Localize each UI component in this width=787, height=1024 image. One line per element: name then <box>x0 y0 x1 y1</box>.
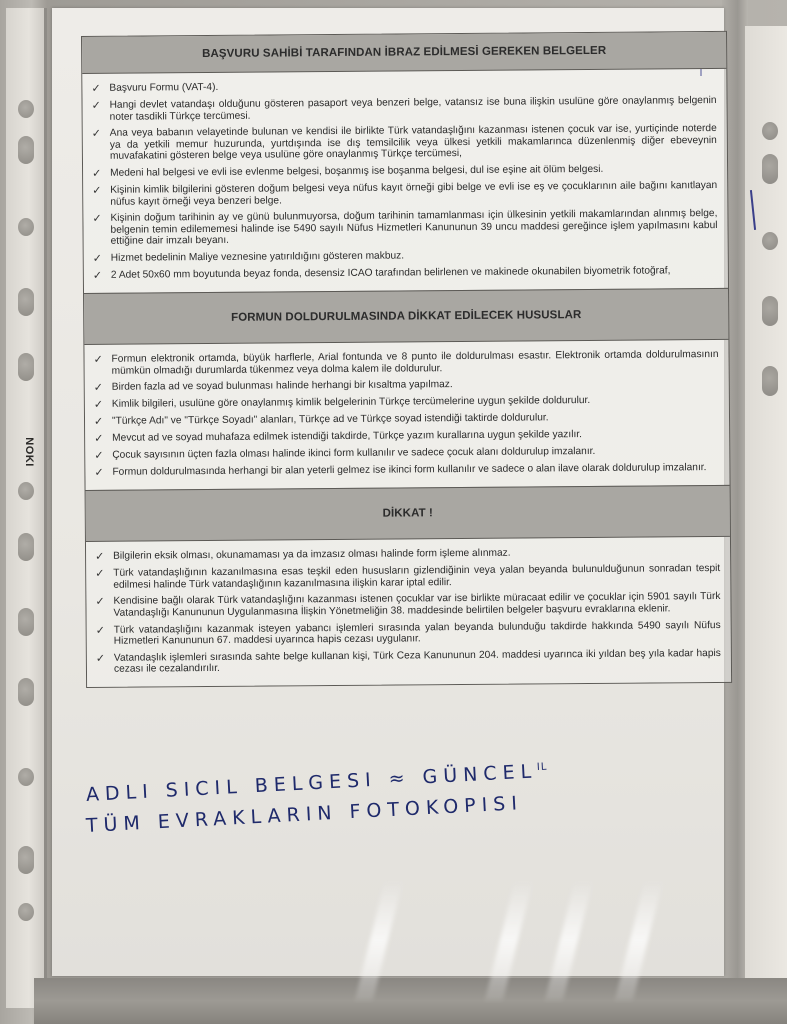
check-icon: ✓ <box>90 354 111 366</box>
list-item-text: Başvuru Formu (VAT-4). <box>109 82 218 94</box>
punch-hole <box>18 353 34 381</box>
section-header-required-documents: BAŞVURU SAHİBİ TARAFINDAN İBRAZ EDİLMESİ… <box>82 32 726 74</box>
punch-hole <box>18 100 34 118</box>
section-header-attention: DİKKAT ! <box>86 485 730 542</box>
list-item: ✓Medeni hal belgesi ve evli ise evlenme … <box>89 163 717 180</box>
punch-hole <box>762 232 778 250</box>
list-item: ✓Formun elektronik ortamda, büyük harfle… <box>90 349 718 377</box>
list-item: ✓"Türkçe Adı" ve "Türkçe Soyadı" alanlar… <box>91 411 719 428</box>
list-item-text: Mevcut ad ve soyad muhafaza edilmek iste… <box>112 429 582 444</box>
check-icon: ✓ <box>93 652 114 664</box>
punch-hole <box>762 296 778 326</box>
list-item-text: Kimlik bilgileri, usulüne göre onaylanmı… <box>112 395 590 410</box>
list-item-text: "Türkçe Adı" ve "Türkçe Soyadı" alanları… <box>112 412 549 427</box>
check-icon: ✓ <box>90 253 111 265</box>
check-icon: ✓ <box>92 551 113 563</box>
check-icon: ✓ <box>89 185 110 197</box>
section-list: ✓Formun elektronik ortamda, büyük harfle… <box>84 340 729 490</box>
list-item-text: Ana veya babanın velayetinde bulunan ve … <box>110 123 717 163</box>
punch-hole <box>18 678 34 706</box>
punch-hole <box>18 533 34 561</box>
list-item-text: 2 Adet 50x60 mm boyutunda beyaz fonda, d… <box>111 265 671 281</box>
sleeve-bottom-seam <box>34 978 787 1024</box>
check-icon: ✓ <box>89 100 110 112</box>
handwritten-superscript: IL <box>537 761 548 773</box>
check-icon: ✓ <box>91 450 112 462</box>
punch-hole <box>18 288 34 316</box>
list-item-text: Hangi devlet vatandaşı olduğunu gösteren… <box>110 95 717 123</box>
list-item-text: Birden fazla ad ve soyad bulunması halin… <box>112 379 453 393</box>
check-icon: ✓ <box>89 168 110 180</box>
punch-hole <box>18 768 34 786</box>
binder-brand-label: NOKI <box>23 437 35 467</box>
list-item: ✓Mevcut ad ve soyad muhafaza edilmek ist… <box>91 428 719 445</box>
list-item-text: Formun elektronik ortamda, büyük harfler… <box>111 349 718 377</box>
list-item-text: Türk vatandaşlığının kazanılmasına esas … <box>113 563 720 591</box>
list-item: ✓Türk vatandaşlığının kazanılmasına esas… <box>92 563 720 591</box>
check-icon: ✓ <box>91 399 112 411</box>
list-item: ✓2 Adet 50x60 mm boyutunda beyaz fonda, … <box>90 265 718 282</box>
list-item: ✓Vatandaşlık işlemleri sırasında sahte b… <box>93 648 721 676</box>
list-item: ✓Başvuru Formu (VAT-4). <box>88 78 716 95</box>
list-item: ✓Ana veya babanın velayetinde bulunan ve… <box>89 123 717 163</box>
list-item-text: Bilgilerin eksik olması, okunamaması ya … <box>113 548 511 563</box>
list-item-text: Türk vatandaşlığını kazanmak isteyen yab… <box>114 619 721 647</box>
check-icon: ✓ <box>93 624 114 636</box>
list-item-text: Vatandaşlık işlemleri sırasında sahte be… <box>114 648 721 676</box>
punch-hole <box>18 136 34 164</box>
check-icon: ✓ <box>92 596 113 608</box>
list-item: ✓Kendisine bağlı olarak Türk vatandaşlığ… <box>92 591 720 619</box>
list-item-text: Medeni hal belgesi ve evli ise evlenme b… <box>110 164 603 179</box>
list-item: ✓Formun doldurulmasında herhangi bir ala… <box>91 462 719 479</box>
section-list: ✓Başvuru Formu (VAT-4).✓Hangi devlet vat… <box>82 69 728 293</box>
list-item-text: Kişinin kimlik bilgilerini gösteren doğu… <box>110 180 717 208</box>
list-item-text: Kişinin doğum tarihinin ay ve günü bulun… <box>110 208 717 248</box>
list-item-text: Formun doldurulmasında herhangi bir alan… <box>112 462 706 478</box>
punch-hole <box>18 482 34 500</box>
check-icon: ✓ <box>91 467 112 479</box>
list-item: ✓Kimlik bilgileri, usulüne göre onaylanm… <box>91 394 719 411</box>
punch-hole <box>18 218 34 236</box>
requirements-table: BAŞVURU SAHİBİ TARAFINDAN İBRAZ EDİLMESİ… <box>81 31 732 688</box>
punch-hole <box>762 154 778 184</box>
list-item: ✓Kişinin doğum tarihinin ay ve günü bulu… <box>89 208 717 248</box>
check-icon: ✓ <box>91 433 112 445</box>
punch-hole <box>762 122 778 140</box>
list-item-text: Hizmet bedelinin Maliye veznesine yatırı… <box>111 250 404 264</box>
list-item-text: Çocuk sayısının üçten fazla olması halin… <box>112 446 595 461</box>
check-icon: ✓ <box>91 416 112 428</box>
section-list: ✓Bilgilerin eksik olması, okunamaması ya… <box>86 537 731 687</box>
list-item: ✓Türk vatandaşlığını kazanmak isteyen ya… <box>93 619 721 647</box>
check-icon: ✓ <box>92 568 113 580</box>
section-header-form-filling-notes: FORMUN DOLDURULMASINDA DİKKAT EDİLECEK H… <box>84 288 728 345</box>
list-item: ✓Hangi devlet vatandaşı olduğunu göstere… <box>89 95 717 123</box>
check-icon: ✓ <box>90 270 111 282</box>
check-icon: ✓ <box>89 128 110 140</box>
punch-hole <box>18 846 34 874</box>
list-item: ✓Kişinin kimlik bilgilerini gösteren doğ… <box>89 180 717 208</box>
list-item: ✓Birden fazla ad ve soyad bulunması hali… <box>91 377 719 394</box>
punch-hole <box>18 608 34 636</box>
punch-hole <box>18 903 34 921</box>
check-icon: ✓ <box>89 213 110 225</box>
sleeve-punch-strip: NOKI <box>6 8 47 1008</box>
list-item: ✓Çocuk sayısının üçten fazla olması hali… <box>91 445 719 462</box>
check-icon: ✓ <box>88 83 109 95</box>
list-item: ✓Hizmet bedelinin Maliye veznesine yatır… <box>90 248 718 265</box>
list-item-text: Kendisine bağlı olarak Türk vatandaşlığı… <box>113 591 720 619</box>
next-sleeve-strip <box>745 26 787 1016</box>
list-item: ✓Bilgilerin eksik olması, okunamaması ya… <box>92 546 720 563</box>
punch-hole <box>762 366 778 396</box>
check-icon: ✓ <box>91 382 112 394</box>
